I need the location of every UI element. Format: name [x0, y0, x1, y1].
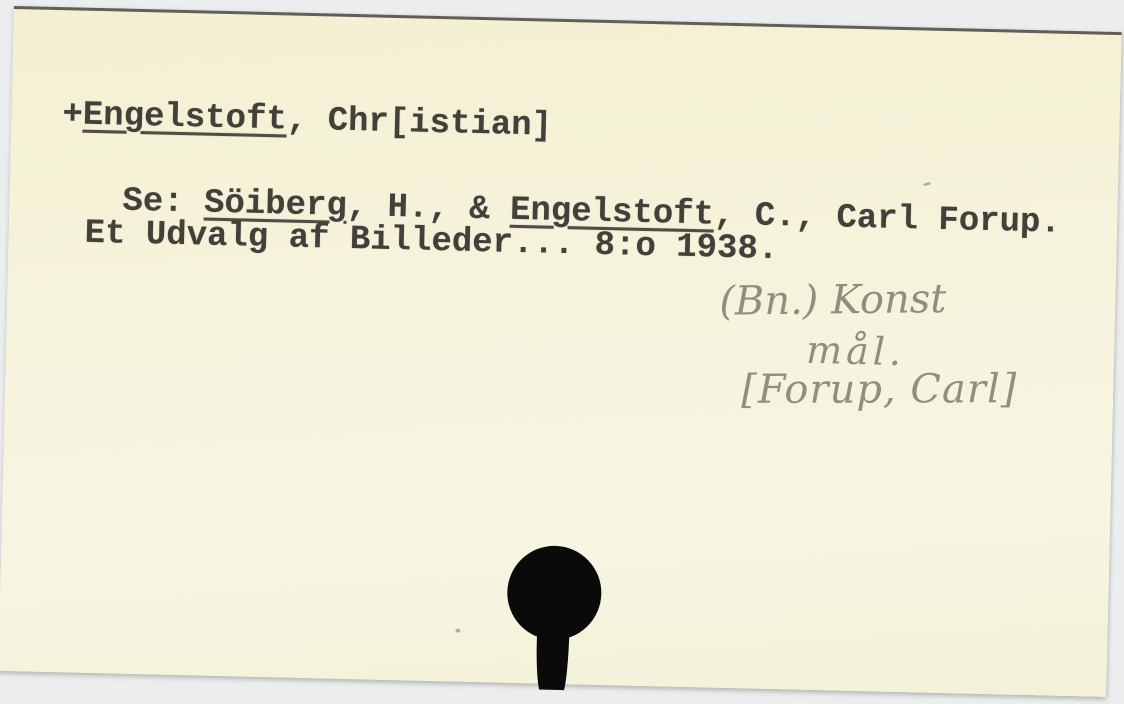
entry-forename: , Chr[istian]: [286, 101, 552, 145]
handwritten-note-classification: (Bn.) Konst: [719, 279, 947, 322]
paper-speck: [455, 629, 460, 633]
handwritten-note-forup-carl: [Forup, Carl]: [741, 369, 1017, 410]
catalog-card: +Engelstoft, Chr[istian] Se: Söiberg, H.…: [0, 6, 1122, 697]
scan-background: +Engelstoft, Chr[istian] Se: Söiberg, H.…: [0, 0, 1124, 704]
entry-surname: Engelstoft: [82, 97, 287, 140]
heading-line: +Engelstoft, Chr[istian]: [62, 96, 552, 147]
heading-marker: +: [62, 96, 83, 134]
paper-speck: [923, 182, 931, 187]
hole-punch: [476, 526, 640, 704]
handwritten-note-mal: mål.: [806, 331, 906, 371]
